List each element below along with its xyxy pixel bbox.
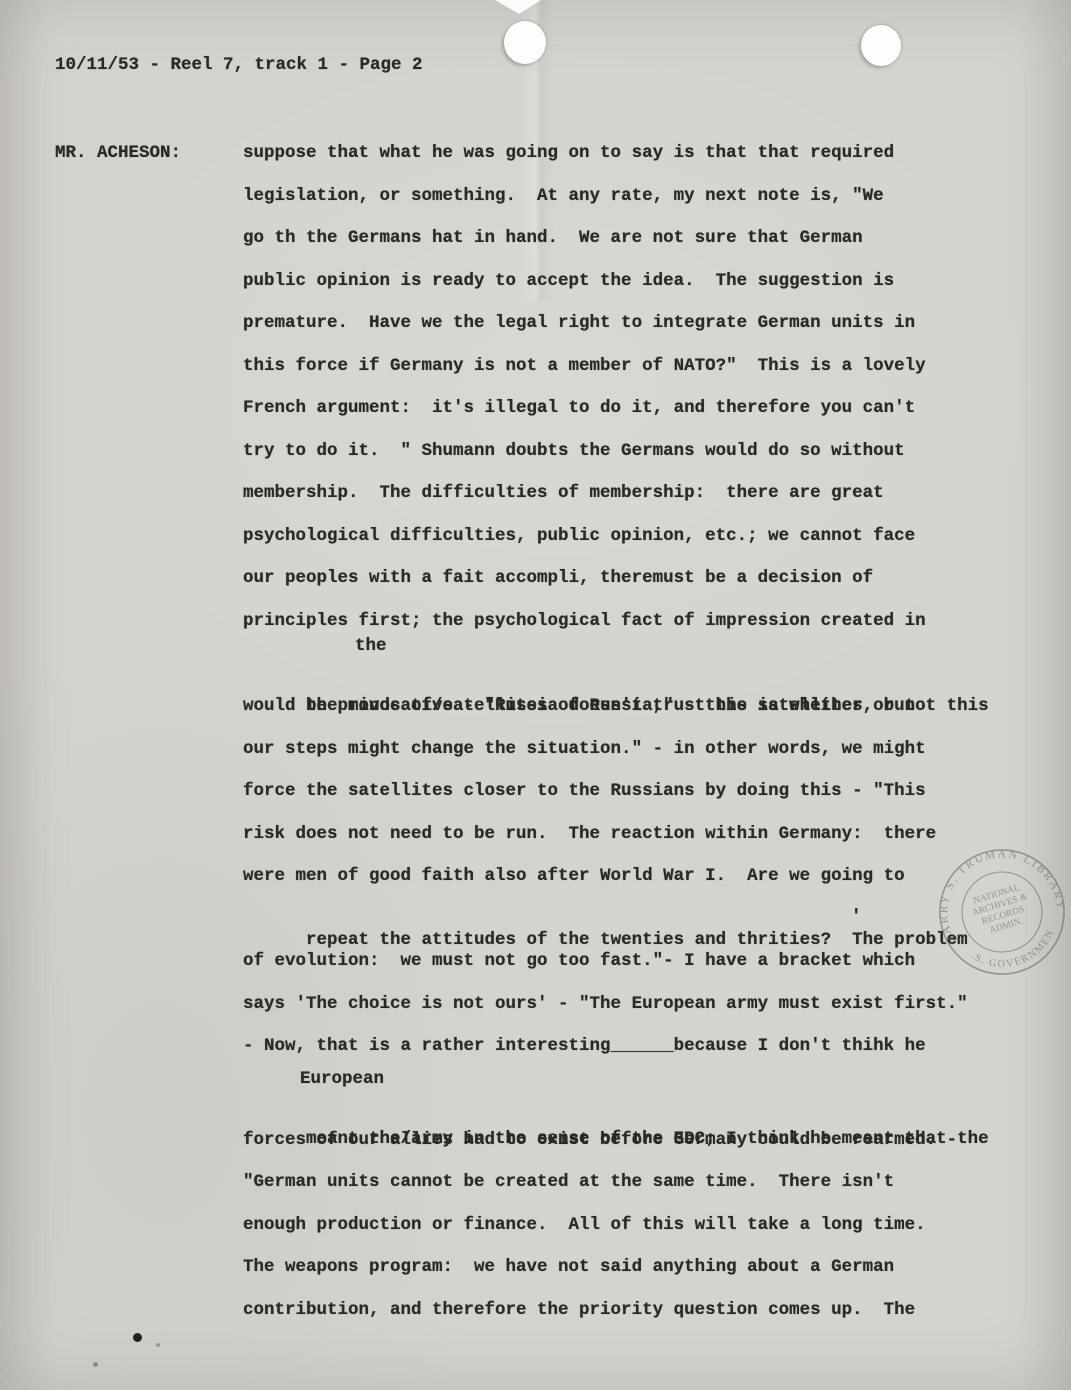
text-line: membership. The difficulties of membersh… xyxy=(243,483,1023,526)
paper-speck xyxy=(93,1362,98,1367)
page-header: 10/11/53 - Reel 7, track 1 - Page 2 xyxy=(55,55,423,75)
text-line: The weapons program: we have not said an… xyxy=(243,1257,1023,1300)
text-line: psychological difficulties, public opini… xyxy=(243,526,1023,569)
text-line: would be provocative - "Russia doesn't t… xyxy=(243,696,1023,739)
punch-hole-right xyxy=(861,25,901,66)
text-line: of evolution: we must not go too fast."-… xyxy=(243,951,1023,994)
text-line: forces of our allies had to exist before… xyxy=(243,1130,1023,1173)
text-line: public opinion is ready to accept the id… xyxy=(243,271,1023,314)
punch-hole-left xyxy=(504,21,546,64)
stray-apostrophe-mark: ' xyxy=(851,907,862,928)
text-line-with-insert: the the minds of/satellites of Russia," … xyxy=(243,654,1023,697)
text-line: our steps might change the situation." -… xyxy=(243,739,1023,782)
paper-speck xyxy=(156,1343,160,1347)
speaker-label: MR. ACHESON: xyxy=(55,143,181,163)
truman-library-archive-stamp: HARRY S. TRUMAN LIBRARY U.S. GOVERNMENT … xyxy=(917,827,1071,997)
text-line: risk does not need to be run. The reacti… xyxy=(243,824,1023,867)
text-line: suppose that what he was going on to say… xyxy=(243,143,1023,186)
text-line: contribution, and therefore the priority… xyxy=(243,1300,1023,1343)
text-line: says 'The choice is not ours' - "The Eur… xyxy=(243,994,1023,1037)
text-line: enough production or finance. All of thi… xyxy=(243,1215,1023,1258)
text-line-with-stray-mark: repeat the attitudes of the twenties and… xyxy=(243,909,1023,952)
text-line: this force if Germany is not a member of… xyxy=(243,356,1023,399)
torn-notch xyxy=(495,0,541,14)
text-line: legislation, or something. At any rate, … xyxy=(243,186,1023,229)
text-line: were men of good faith also after World … xyxy=(243,866,1023,909)
text-line: premature. Have we the legal right to in… xyxy=(243,313,1023,356)
scanned-document-page: 10/11/53 - Reel 7, track 1 - Page 2 MR. … xyxy=(0,0,1071,1390)
text-line: go th the Germans hat in hand. We are no… xyxy=(243,228,1023,271)
transcript-body: suppose that what he was going on to say… xyxy=(243,143,1023,1342)
ink-spot xyxy=(133,1333,142,1342)
text-line: French argument: it's illegal to do it, … xyxy=(243,398,1023,441)
text-line: "German units cannot be created at the s… xyxy=(243,1172,1023,1215)
text-line: try to do it. " Shumann doubts the Germa… xyxy=(243,441,1023,484)
text-line: force the satellites closer to the Russi… xyxy=(243,781,1023,824)
text-line-with-insert: European meant the/army in the sense of … xyxy=(243,1087,1023,1130)
inserted-word-the: the xyxy=(355,636,387,657)
inserted-word-european: European xyxy=(300,1069,384,1090)
text-line: our peoples with a fait accompli, therem… xyxy=(243,568,1023,611)
text-line: repeat the attitudes of the twenties and… xyxy=(306,930,968,950)
